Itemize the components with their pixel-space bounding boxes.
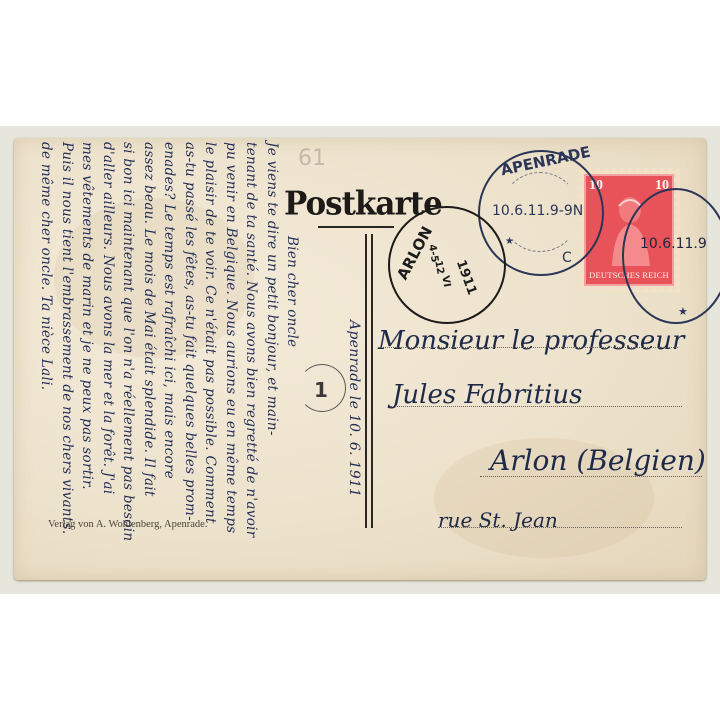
star-icon: ★ [678, 305, 688, 318]
box-mark: 1 [314, 378, 328, 402]
address-line-3: Arlon (Belgien) [490, 444, 706, 477]
message-line: le plaisir de te voir. Ce n'était pas po… [202, 142, 218, 524]
message-line: assez beau. Le mois de Mai était splendi… [141, 142, 157, 497]
address-dotline [438, 527, 682, 528]
message-line: as-tu passé les fêtes, as-tu fait quelqu… [182, 142, 198, 521]
message-line: de même cher oncle. Ta nièce Lali. [38, 142, 54, 390]
message-line: Bien cher oncle [284, 236, 300, 347]
title-rule [318, 226, 394, 228]
message-line: tenant de ta santé. Nous avons bien regr… [243, 142, 259, 538]
address-dotline [480, 476, 702, 477]
postmark-apenrade-partial [622, 188, 720, 324]
address-dotline [390, 406, 682, 407]
message-line: Je viens te dire un petit bonjour, et ma… [264, 142, 280, 436]
publisher-imprint: Verlag von A. Wohlenberg, Apenrade. [48, 519, 207, 530]
message-line: mes vêtements de marin et je ne peux pas… [79, 142, 95, 490]
message-line: Puis il nous tient l'embrassement de nos… [59, 142, 75, 534]
divider-line [365, 234, 367, 528]
star-icon: ★ [505, 236, 514, 247]
postmark-partial-date: 10.6.11.9 [640, 236, 707, 252]
dateline: Apenrade le 10. 6. 1911 [346, 320, 362, 497]
message-line: si bon ici maintenant que l'on n'a réell… [120, 142, 136, 541]
postmark-date: 10.6.11.9-9N [492, 203, 583, 219]
message-line: pu venir en Belgique. Nous aurions eu en… [223, 142, 239, 533]
message-line: d'aller ailleurs. Nous avons la mer et l… [100, 142, 116, 495]
address-line-1: Monsieur le professeur [378, 326, 684, 356]
postmark-arlon-month: VI [439, 275, 452, 288]
divider-line [371, 234, 373, 528]
postmark-letter: C [562, 250, 572, 266]
message-line: enades? Le temps est rafraîchi ici, mais… [161, 142, 177, 479]
pencil-mark: 61 [298, 146, 326, 171]
address-line-4: rue St. Jean [438, 508, 558, 532]
postmark-arlon-day: 12 [432, 260, 445, 276]
address-dotline [378, 347, 678, 348]
